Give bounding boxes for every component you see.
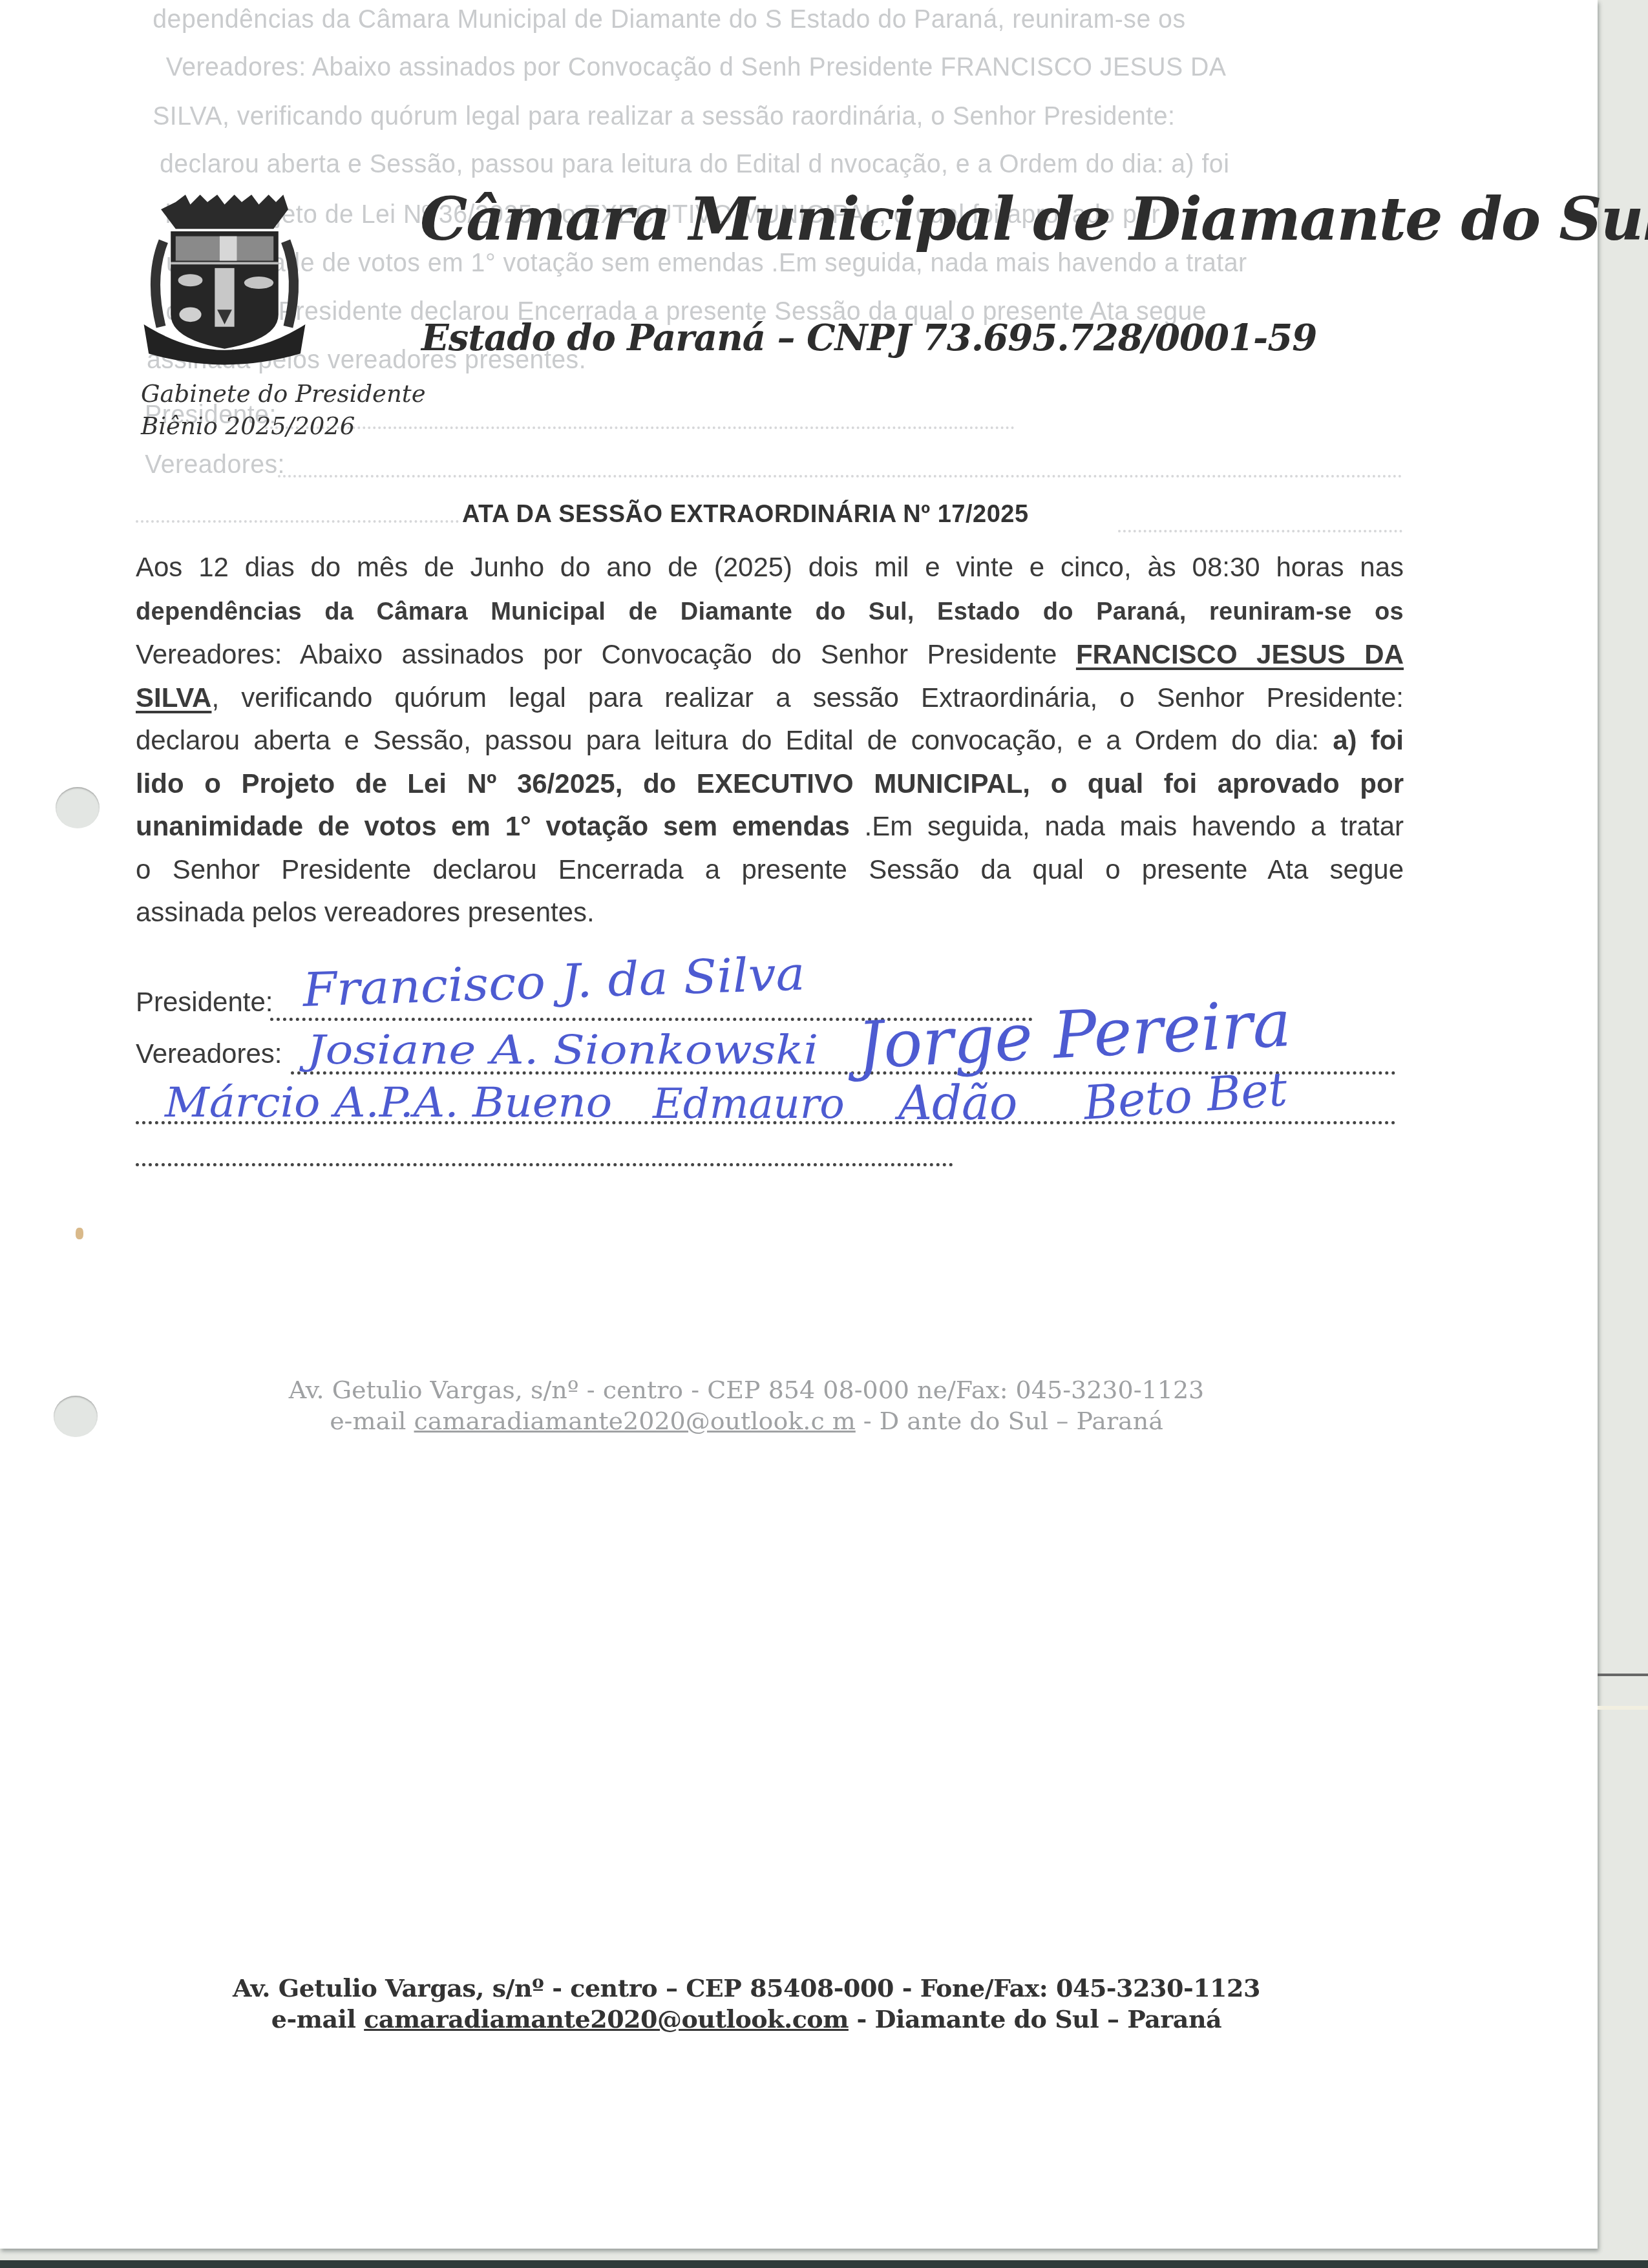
bleed-through-line: dependências da Câmara Municipal de Diam…: [153, 5, 1185, 34]
address-line: Av. Getulio Vargas, s/nº - centro – CEP …: [229, 1973, 1263, 2004]
institution-name: Câmara Municipal de Diamante do Sul: [420, 184, 1648, 254]
councillors-label: Vereadores:: [136, 1038, 282, 1069]
president-name: FRANCISCO JESUS DA: [1076, 639, 1404, 669]
office-name: Gabinete do Presidente: [141, 378, 426, 410]
body-line: lido o Projeto de Lei Nº 36/2025, do EXE…: [136, 762, 1404, 806]
councillor-signature: Márcio A.P.A. Bueno: [165, 1079, 612, 1127]
scanner-edge-line: [1598, 1674, 1648, 1676]
bleed-through-line: Vereadores: Abaixo assinados por Convoca…: [166, 53, 1227, 82]
signature-line: [136, 1163, 953, 1166]
bleed-through-dots: [278, 475, 1402, 478]
body-line: dependências da Câmara Municipal de Diam…: [136, 589, 1404, 634]
body-line: o Senhor Presidente declarou Encerrada a…: [136, 848, 1404, 892]
body-line: Aos 12 dias do mês de Junho do ano de (2…: [136, 546, 1404, 589]
bleed-through-line: Vereadores:: [145, 450, 285, 479]
address-footer: Av. Getulio Vargas, s/nº - centro – CEP …: [229, 1973, 1263, 2035]
president-surname: SILVA: [136, 682, 211, 713]
coat-of-arms-icon: [139, 191, 310, 365]
punch-hole: [56, 787, 100, 828]
body-line: Vereadores: Abaixo assinados por Convoca…: [136, 633, 1404, 677]
minutes-body: Aos 12 dias do mês de Junho do ano de (2…: [136, 546, 1404, 934]
institution-state-cnpj: Estado do Paraná – CNPJ 73.695.728/0001-…: [421, 317, 1316, 359]
email-link[interactable]: camaradiamante2020@outlook.com: [364, 2004, 849, 2033]
body-line: declarou aberta e Sessão, passou para le…: [136, 719, 1404, 762]
scanned-page: dependências da Câmara Municipal de Diam…: [0, 0, 1598, 2249]
scanner-bottom-edge: [0, 2260, 1648, 2268]
body-line: unanimidade de votos em 1° votação sem e…: [136, 805, 1404, 848]
body-line: SILVA, verificando quórum legal para rea…: [136, 677, 1404, 720]
bleed-through-line: SILVA, verificando quórum legal para rea…: [153, 102, 1175, 131]
councillor-signature: Adão: [898, 1076, 1017, 1130]
councillor-signature: Josiane A. Sionkowski: [307, 1026, 818, 1073]
president-label: Presidente:: [136, 987, 273, 1018]
faded-footer: Av. Getulio Vargas, s/nº - centro - CEP …: [229, 1374, 1263, 1436]
bleed-through-line: declarou aberta e Sessão, passou para le…: [160, 150, 1229, 179]
contact-line: e-mail camaradiamante2020@outlook.com - …: [229, 2004, 1263, 2035]
body-line: assinada pelos vereadores presentes.: [136, 891, 1404, 934]
office-block: Gabinete do Presidente Biênio 2025/2026: [141, 378, 426, 443]
punch-hole: [54, 1396, 98, 1437]
bleed-through-dots: [136, 520, 459, 523]
bleed-through-dots: [1118, 530, 1402, 532]
term-label: Biênio 2025/2026: [141, 410, 426, 443]
councillor-signature: Edmauro: [653, 1080, 845, 1128]
paper-speck: [76, 1228, 83, 1239]
president-signature: Francisco J. da Silva: [302, 946, 806, 1017]
scanner-edge-glow: [1598, 1706, 1648, 1710]
document-title: ATA DA SESSÃO EXTRAORDINÁRIA Nº 17/2025: [462, 501, 1029, 529]
